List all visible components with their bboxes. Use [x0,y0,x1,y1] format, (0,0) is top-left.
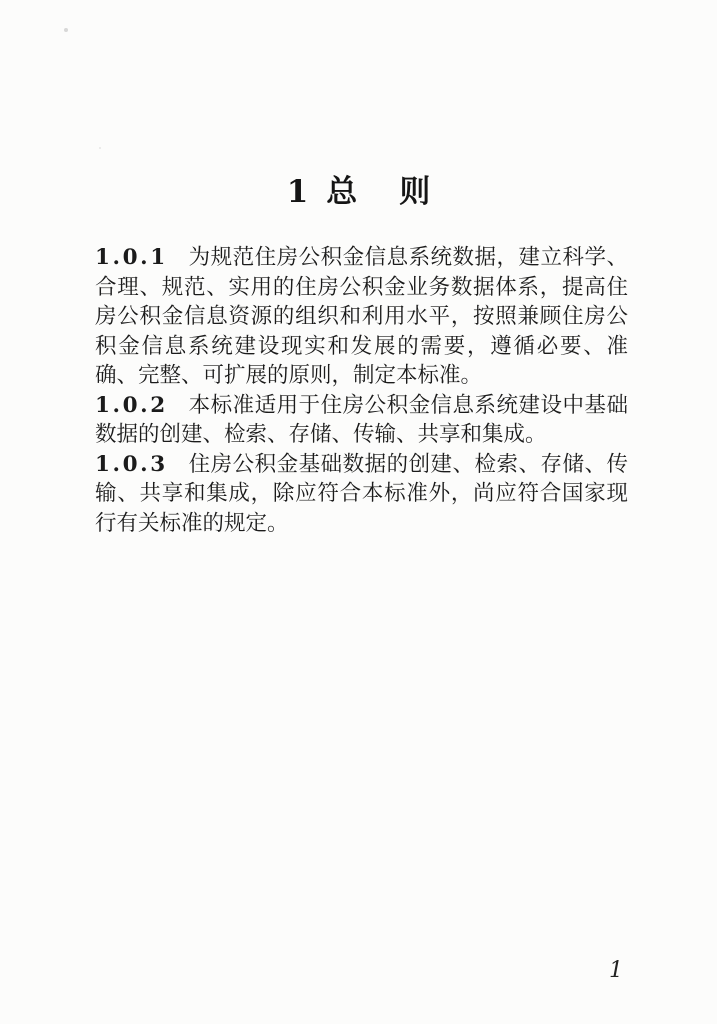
document-page: 1总则 1.0.1为规范住房公积金信息系统数据，建立科学、合理、规范、实用的住房… [0,0,717,1024]
clause-1-0-2: 1.0.2本标准适用于住房公积金信息系统建设中基础数据的创建、检索、存储、传输、… [95,391,628,450]
scan-speck [64,28,68,32]
chapter-title: 1总则 [0,166,717,211]
page-number: 1 [596,958,636,983]
clause-number: 1.0.1 [95,245,168,270]
clause-text: 住房公积金基础数据的创建、检索、存储、传输、共享和集成，除应符合本标准外，尚应符… [95,452,628,536]
clause-number: 1.0.2 [95,393,168,418]
clause-text: 为规范住房公积金信息系统数据，建立科学、合理、规范、实用的住房公积金业务数据体系… [95,245,628,388]
clause-text: 本标准适用于住房公积金信息系统建设中基础数据的创建、检索、存储、传输、共享和集成… [95,393,628,448]
body-text: 1.0.1为规范住房公积金信息系统数据，建立科学、合理、规范、实用的住房公积金业… [95,243,628,538]
chapter-title-char-2: 则 [399,174,430,210]
clause-1-0-1: 1.0.1为规范住房公积金信息系统数据，建立科学、合理、规范、实用的住房公积金业… [95,243,628,391]
clause-1-0-3: 1.0.3住房公积金基础数据的创建、检索、存储、传输、共享和集成，除应符合本标准… [95,450,628,539]
clause-number: 1.0.3 [95,452,168,477]
scan-speck [99,147,101,149]
chapter-title-char-1: 总 [326,174,357,210]
chapter-number: 1 [287,174,309,210]
